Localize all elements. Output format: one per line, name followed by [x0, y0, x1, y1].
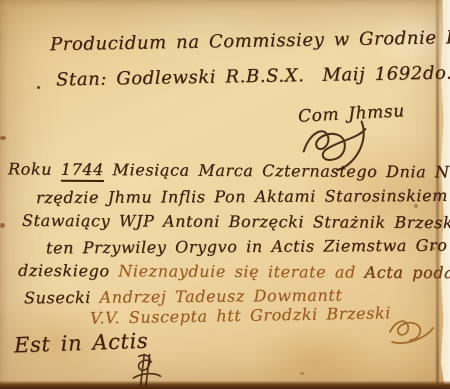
body-year-prefix: Roku	[8, 159, 52, 178]
manuscript-line-header-1: Producidum na Commissiey w Grodnie Die 2…	[50, 26, 450, 55]
manuscript-line-header-2: Stan: Godlewski R.B.S.X. Maij 1692do.	[56, 63, 450, 91]
paper-fox-spot	[0, 136, 6, 140]
manuscript-scan: Producidum na Commissiey w Grodnie Die 2…	[0, 0, 450, 389]
paper-edge-shadow-bottom	[0, 381, 450, 389]
paper-fox-spot	[300, 372, 304, 375]
header-name-text: Stan: Godlewski R.B.S.X.	[56, 65, 305, 90]
manuscript-line-body-2: rzędzie Jhmu Inflis Pon Aktami Starosins…	[36, 186, 448, 207]
manuscript-line-body-1: Roku 1744 Miesiąca Marca Czternastego Dn…	[8, 159, 450, 181]
body-line5-end: Acta podał	[365, 263, 450, 282]
manuscript-line-body-4: ten Przywiley Orygvo in Actis Ziemstwa G…	[46, 236, 448, 258]
underlined-year: 1744	[61, 160, 104, 182]
ink-dot	[37, 86, 40, 89]
body-line5-start: dzieskiego	[18, 261, 110, 280]
body-line6-dark: Susecki	[24, 288, 91, 308]
manuscript-line-body-3: Stawaiący WJP Antoni Borzęcki Strażnik B…	[22, 211, 450, 232]
flourish-mp-icon	[386, 310, 436, 346]
body-line5-mid: Nieznayduie się iterate ad	[118, 261, 356, 281]
header-date-text: Maij 1692do.	[322, 63, 450, 86]
body-line1-rest: Miesiąca Marca Czternastego Dnia Nau	[113, 160, 450, 181]
paper-fox-spot	[0, 223, 5, 228]
body-line6-light: Andrzej Tadeusz Dowmantt	[100, 286, 343, 307]
flourish-mp-icon	[126, 351, 166, 387]
manuscript-line-body-7: V.V. Suscepta htt Grodzki Brzeski	[90, 303, 391, 327]
manuscript-line-body-5: dzieskiego Nieznayduie się iterate ad Ac…	[18, 261, 450, 282]
